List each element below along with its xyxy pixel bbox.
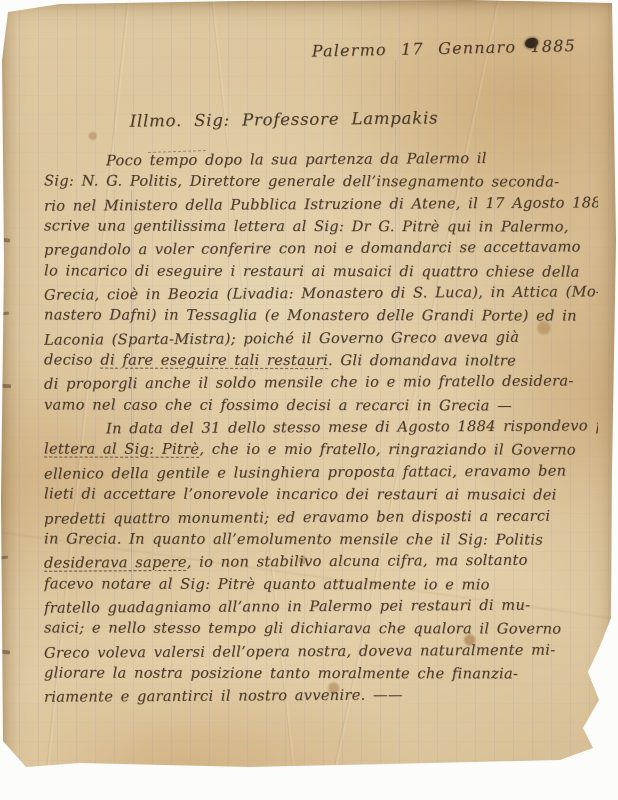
body-line: saici; e nello stesso tempo gli dichiara… [44,618,598,642]
body-line: lo incarico di eseguire i restauri ai mu… [44,260,598,284]
margin-smudge [0,555,8,559]
margin-smudge [0,312,9,316]
scan-background: Palermo 17 Gennaro 1885 Illmo. Sig: Prof… [0,0,618,800]
letter-paper: Palermo 17 Gennaro 1885 Illmo. Sig: Prof… [0,0,618,800]
letter-body: Poco tempo dopo la sua partenza da Paler… [44,149,598,708]
body-line: vamo nel caso che ci fossimo decisi a re… [44,394,598,418]
margin-smudge [0,649,10,654]
body-line: riamente e garantirci il nostro avvenire… [44,684,598,710]
body-line: fratello guadagniamo all’anno in Palermo… [44,594,598,620]
body-line: deciso di fare eseguire tali restauri. G… [44,350,598,374]
body-line: gliorare la nostra posizione tanto moral… [44,662,598,686]
body-line: Grecia, cioè in Beozia (Livadia: Monaste… [44,281,598,307]
body-line: rio nel Ministero della Pubblica Istruzi… [44,192,598,218]
margin-smudge [0,237,10,242]
body-line: di proporgli anche il soldo mensile che … [44,371,598,397]
body-line: scrive una gentilissima lettera al Sig: … [44,215,598,239]
underlined-phrase: lettera al Sig: Pitrè [44,441,199,458]
body-line: in Grecia. In quanto all’emolumento mens… [44,528,598,552]
body-line: lettera al Sig: Pitrè, che io e mio frat… [44,439,598,463]
body-line: nastero Dafni) in Tessaglia (e Monastero… [44,305,598,329]
body-line: facevo notare al Sig: Pitrè quanto attua… [44,573,598,597]
body-text: , io non stabilivo alcuna cifra, ma solt… [187,552,528,571]
underlined-phrase: di fare eseguire tali restauri [100,352,328,369]
place-date-line: Palermo 17 Gennaro 1885 [200,36,576,63]
underlined-phrase: desiderava sapere [44,554,187,572]
body-line: Poco tempo dopo la sua partenza da Paler… [44,147,598,173]
body-line: Sig: N. G. Politis, Direttore generale d… [44,171,598,195]
body-line: desiderava sapere, io non stabilivo alcu… [44,549,598,575]
margin-smudge [0,384,11,389]
body-line: ellenico della gentile e lusinghiera pro… [44,460,598,486]
body-line: predetti quattro monumenti; ed eravamo b… [44,505,598,531]
body-text: . Gli domandava inoltre [328,352,516,369]
body-line: In data del 31 dello stesso mese di Agos… [44,415,598,441]
body-text: deciso [44,352,100,369]
body-line: Greco voleva valersi dell’opera nostra, … [44,639,598,665]
body-line: Laconia (Sparta-Mistra); poiché il Gover… [44,326,598,352]
body-text: , che io e mio fratello, ringraziando il… [199,441,576,459]
body-line: pregandolo a voler conferire con noi e d… [44,237,598,263]
salutation-line: Illmo. Sig: Professore Lampakis [60,108,508,132]
body-line: lieti di accettare l’onorevole incarico … [44,484,598,508]
